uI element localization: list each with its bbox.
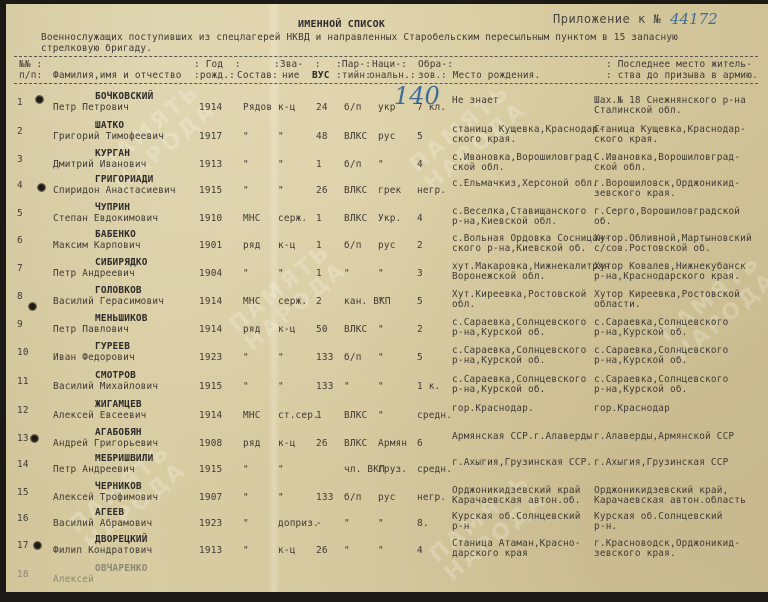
given-names: Степан Евдокимович (53, 214, 158, 224)
surname: МЕБРИШВИЛИ (95, 454, 153, 464)
surname: ГУРЕЕВ (95, 342, 130, 352)
punch-hole (33, 541, 42, 550)
birth-year: 1923 (199, 519, 222, 529)
nationality: " (378, 269, 384, 279)
col-party: :тийн: (336, 71, 371, 81)
birth-year: 1914 (199, 103, 222, 113)
punch-hole (35, 95, 44, 104)
birthplace-cont: ского р-на,Киевской об. (452, 244, 586, 254)
birth-year: 1901 (199, 241, 222, 251)
row-number: 4 (17, 181, 23, 191)
row-number: 14 (17, 460, 29, 470)
residence-cont: р-на,Краснодарского края. (594, 272, 740, 282)
party: ВЛКС (344, 186, 367, 196)
surname: АГАБОБЯН (95, 428, 142, 438)
document-subtitle: Военнослужащих поступивших из спецлагере… (41, 33, 678, 43)
residence-cont: с/сов.Ростовской об. (594, 244, 711, 254)
birthplace-cont: ского края. (452, 135, 516, 145)
birth-year: 1910 (199, 214, 222, 224)
party: б/п (344, 493, 362, 503)
given-names: Петр Андреевич (53, 465, 135, 475)
education: 8. (417, 519, 429, 529)
education: 5 (417, 297, 423, 307)
birthplace-cont: Карачаевская автон.об. (452, 496, 581, 506)
residence-cont: зевского края. (594, 189, 676, 199)
header-divider (14, 56, 758, 57)
nationality: грек (378, 186, 401, 196)
rank: к-ц (278, 439, 296, 449)
party: ВЛКС (344, 214, 367, 224)
birthplace: Курская об.Солнцевский (452, 512, 581, 522)
surname: ЖИГАМЦЕВ (95, 400, 142, 410)
composition: " (243, 132, 249, 142)
composition: " (243, 353, 249, 363)
composition: " (243, 493, 249, 503)
col-year: : Год : (194, 60, 241, 70)
birth-year: 1915 (199, 382, 222, 392)
birth-year: 1914 (199, 411, 222, 421)
education: 3 (417, 269, 423, 279)
vus-code: 1 (316, 411, 322, 421)
nationality: Укр. (378, 214, 401, 224)
row-number: 2 (17, 127, 23, 137)
given-names: Петр Павлович (53, 325, 129, 335)
given-names: Алексей (53, 575, 94, 585)
party: б/п (344, 353, 362, 363)
education: 4 (417, 546, 423, 556)
composition: " (243, 160, 249, 170)
surname: БОЧКОВСКИЙ (95, 92, 153, 102)
birthplace-cont: Воронежской обл. (452, 272, 546, 282)
rank: доприз. (278, 519, 319, 529)
composition: " (243, 382, 249, 392)
rank: " (278, 493, 284, 503)
row-number: 16 (17, 514, 29, 524)
composition: ряд (243, 439, 261, 449)
col-birthplace: : Место рождения. (441, 71, 540, 81)
party: б/п (344, 103, 362, 113)
party: " (344, 382, 350, 392)
vus-code: 26 (316, 439, 328, 449)
surname: ДВОРЕЦКИЙ (95, 535, 148, 545)
row-number: 11 (17, 377, 29, 387)
party: ВЛКС (344, 439, 367, 449)
residence-cont: ского края. (594, 135, 658, 145)
scan-border (0, 592, 768, 602)
archival-document-page: ПАМЯТЬНАРОДА ПАМЯТЬНАРОДА ПАМЯТЬНАРОДА П… (6, 4, 768, 592)
given-names: Григорий Тимофеевич (53, 132, 164, 142)
surname: СМОТРОВ (95, 371, 136, 381)
given-names: Петр Петрович (53, 103, 129, 113)
rank: " (278, 465, 284, 475)
vus-code: 133 (316, 353, 334, 363)
appendix-number: 44172 (670, 10, 718, 28)
composition: ряд (243, 241, 261, 251)
birthplace-cont: дарского края (452, 549, 528, 559)
birth-year: 1915 (199, 186, 222, 196)
birth-year: 1913 (199, 546, 222, 556)
composition: " (243, 269, 249, 279)
birth-year: 1914 (199, 297, 222, 307)
surname: БАБЕНКО (95, 230, 136, 240)
education: негр. (417, 186, 446, 196)
birthplace: с.Ельмачкиз,Херсоной обл. (452, 179, 598, 189)
education: 4 (417, 160, 423, 170)
birthplace-cont: р-на,Курской об. (452, 328, 546, 338)
header-divider (14, 83, 758, 84)
given-names: Василий Герасимович (53, 297, 164, 307)
nationality: Армян (378, 439, 407, 449)
birthplace-cont: р-на,Курской об. (452, 356, 546, 366)
education: средн. (417, 411, 452, 421)
birth-year: 1907 (199, 493, 222, 503)
col-num: п/п: (19, 71, 42, 81)
nationality: " (378, 382, 384, 392)
composition: " (243, 519, 249, 529)
birth-year: 1908 (199, 439, 222, 449)
rank: к-ц (278, 325, 296, 335)
row-number: 18 (17, 570, 29, 580)
nationality: " (378, 297, 384, 307)
given-names: Андрей Григорьевич (53, 439, 158, 449)
composition: " (243, 186, 249, 196)
birth-year: 1904 (199, 269, 222, 279)
rank: " (278, 132, 284, 142)
birth-year: 1914 (199, 325, 222, 335)
birthplace-cont: обл. (452, 300, 475, 310)
row-number: 12 (17, 406, 29, 416)
surname: ЧЕРНИКОВ (95, 482, 142, 492)
vus-code: - (316, 519, 322, 529)
composition: " (243, 465, 249, 475)
col-residence: : Последнее место житель- (606, 60, 752, 70)
given-names: Максим Карпович (53, 241, 141, 251)
row-number: 1 (17, 98, 23, 108)
row-number: 5 (17, 209, 23, 219)
birthplace-cont: р-на,Киевской обл. (452, 217, 557, 227)
rank: " (278, 160, 284, 170)
rank: " (278, 353, 284, 363)
education: 5 (417, 353, 423, 363)
given-names: Петр Андреевич (53, 269, 135, 279)
birth-year: 1923 (199, 353, 222, 363)
col-composition: Состав: (237, 71, 278, 81)
row-number: 3 (17, 155, 23, 165)
residence: г.Алаверды,Армянской ССР (594, 432, 734, 442)
vus-code: 24 (316, 103, 328, 113)
col-residence: : ства до призыва в армию. (606, 71, 758, 81)
vus-code: 133 (316, 493, 334, 503)
row-number: 9 (17, 320, 23, 330)
rank: " (278, 382, 284, 392)
birthplace: гор.Краснодар. (452, 404, 534, 414)
birthplace: г.Ахыгия,Грузинская ССР. (452, 458, 592, 468)
residence-cont: р-на,Курской об. (594, 356, 688, 366)
rank: серж. (278, 297, 307, 307)
surname: ГРИГОРИАДИ (95, 175, 153, 185)
col-num: №№ : (19, 60, 42, 70)
surname: АГЕЕВ (95, 508, 124, 518)
residence-cont: р-н. (594, 522, 617, 532)
row-number: 7 (17, 264, 23, 274)
vus-code: 1 (316, 269, 322, 279)
party: " (344, 519, 350, 529)
education: 1 к. (417, 382, 440, 392)
rank: " (278, 186, 284, 196)
given-names: Василий Михайлович (53, 382, 158, 392)
vus-code: 26 (316, 546, 328, 556)
surname: ЧУПРИН (95, 203, 130, 213)
row-number: 15 (17, 488, 29, 498)
nationality: укр (378, 103, 396, 113)
row-number: 6 (17, 236, 23, 246)
education: средн. (417, 465, 452, 475)
party: " (344, 546, 350, 556)
row-number: 8 (17, 292, 23, 302)
rank: серж. (278, 214, 307, 224)
rank: к-ц (278, 241, 296, 251)
birth-year: 1917 (199, 132, 222, 142)
surname: МЕНЬШИКОВ (95, 314, 148, 324)
vus-code: 1 (316, 160, 322, 170)
nationality: груз. (378, 465, 407, 475)
given-names: Алексей Трофимович (53, 493, 158, 503)
residence-cont: Карачаевская автон.область (594, 496, 746, 506)
education: 2 (417, 241, 423, 251)
rank: к-ц (278, 546, 296, 556)
col-vus: ВУС (312, 71, 330, 81)
vus-code: 26 (316, 186, 328, 196)
party: ВЛКС (344, 325, 367, 335)
education: 6 (417, 439, 423, 449)
rank: ст.сер. (278, 411, 319, 421)
education: 2 (417, 325, 423, 335)
given-names: Василий Абрамович (53, 519, 152, 529)
document-title: ИМЕННОЙ СПИСОК (298, 20, 385, 30)
surname: ШАТКО (95, 121, 124, 131)
residence: г.Ахыгия,Грузинская ССР (594, 458, 728, 468)
vus-code: 48 (316, 132, 328, 142)
punch-hole (28, 302, 37, 311)
nationality: рус (378, 493, 396, 503)
nationality: " (378, 411, 384, 421)
row-number: 10 (17, 348, 29, 358)
nationality: " (378, 325, 384, 335)
punch-hole (37, 183, 46, 192)
row-number: 17 (17, 541, 29, 551)
given-names: Иван Федорович (53, 353, 135, 363)
nationality: " (378, 160, 384, 170)
birthplace: Армянская ССР.г.Алаверды (452, 432, 592, 442)
vus-code: 1 (316, 214, 322, 224)
col-party: :Пар-: (336, 60, 371, 70)
birth-year: 1913 (199, 160, 222, 170)
birthplace: Не знает (452, 96, 499, 106)
party: ВЛКС (344, 411, 367, 421)
punch-hole (30, 434, 39, 443)
col-year: :рожд.: (194, 71, 235, 81)
residence-cont: ской обл. (594, 163, 647, 173)
given-names: Алексей Евсеевич (53, 411, 147, 421)
residence: г.Серго,Ворошиловградской (594, 207, 740, 217)
vus-code: 1 (316, 241, 322, 251)
party: б/п (344, 241, 362, 251)
residence-cont: р-на,Курской об. (594, 385, 688, 395)
residence-cont: Сталинской обл. (594, 106, 682, 116)
birthplace-cont: р-н (452, 522, 470, 532)
nationality: " (378, 519, 384, 529)
party: б/п (344, 160, 362, 170)
col-rank: :Зва- : (274, 60, 321, 70)
nationality: " (378, 546, 384, 556)
birthplace-cont: р-на,Курской об. (452, 385, 546, 395)
birthplace-cont: ской обл. (452, 163, 505, 173)
surname: ГОЛОВКОВ (95, 286, 142, 296)
residence-cont: р-на,Курской об. (594, 328, 688, 338)
surname: ОВЧАРЕНКО (95, 564, 148, 574)
education: 5 (417, 132, 423, 142)
education: негр. (417, 493, 446, 503)
birth-year: 1915 (199, 465, 222, 475)
nationality: рус (378, 132, 396, 142)
composition: МНС (243, 297, 261, 307)
given-names: Дмитрий Иванович (53, 160, 147, 170)
col-name: Фамилия,имя и отчество (53, 71, 182, 81)
surname: КУРГАН (95, 149, 130, 159)
col-nationality: Наци-: (372, 60, 407, 70)
given-names: Спиридон Анастасиевич (53, 186, 176, 196)
composition: ряд (243, 325, 261, 335)
col-education: зов. (418, 71, 441, 81)
nationality: рус (378, 241, 396, 251)
party: ВЛКС (344, 132, 367, 142)
composition: Рядов (243, 103, 272, 113)
vus-code: 2 (316, 297, 322, 307)
composition: " (243, 546, 249, 556)
vus-code: 50 (316, 325, 328, 335)
residence: гор.Краснодар (594, 404, 670, 414)
vus-code: 133 (316, 382, 334, 392)
surname: СИБИРЯДКО (95, 258, 148, 268)
education: 4 (417, 214, 423, 224)
col-nationality: ональн.: (369, 71, 416, 81)
document-subtitle-cont: стрелковую бригаду. (41, 44, 152, 54)
appendix-label: Приложение к № (553, 14, 661, 24)
party: " (344, 269, 350, 279)
row-number: 13 (17, 434, 29, 444)
given-names: Филип Кондратович (53, 546, 152, 556)
rank: " (278, 269, 284, 279)
composition: МНС (243, 214, 261, 224)
nationality: " (378, 353, 384, 363)
col-education: Обра-: (418, 60, 453, 70)
rank: к-ц (278, 103, 296, 113)
residence-cont: области. (594, 300, 641, 310)
residence-cont: зевского края. (594, 549, 676, 559)
education: 7 кл. (417, 103, 446, 113)
composition: МНС (243, 411, 261, 421)
residence-cont: об. (594, 217, 612, 227)
